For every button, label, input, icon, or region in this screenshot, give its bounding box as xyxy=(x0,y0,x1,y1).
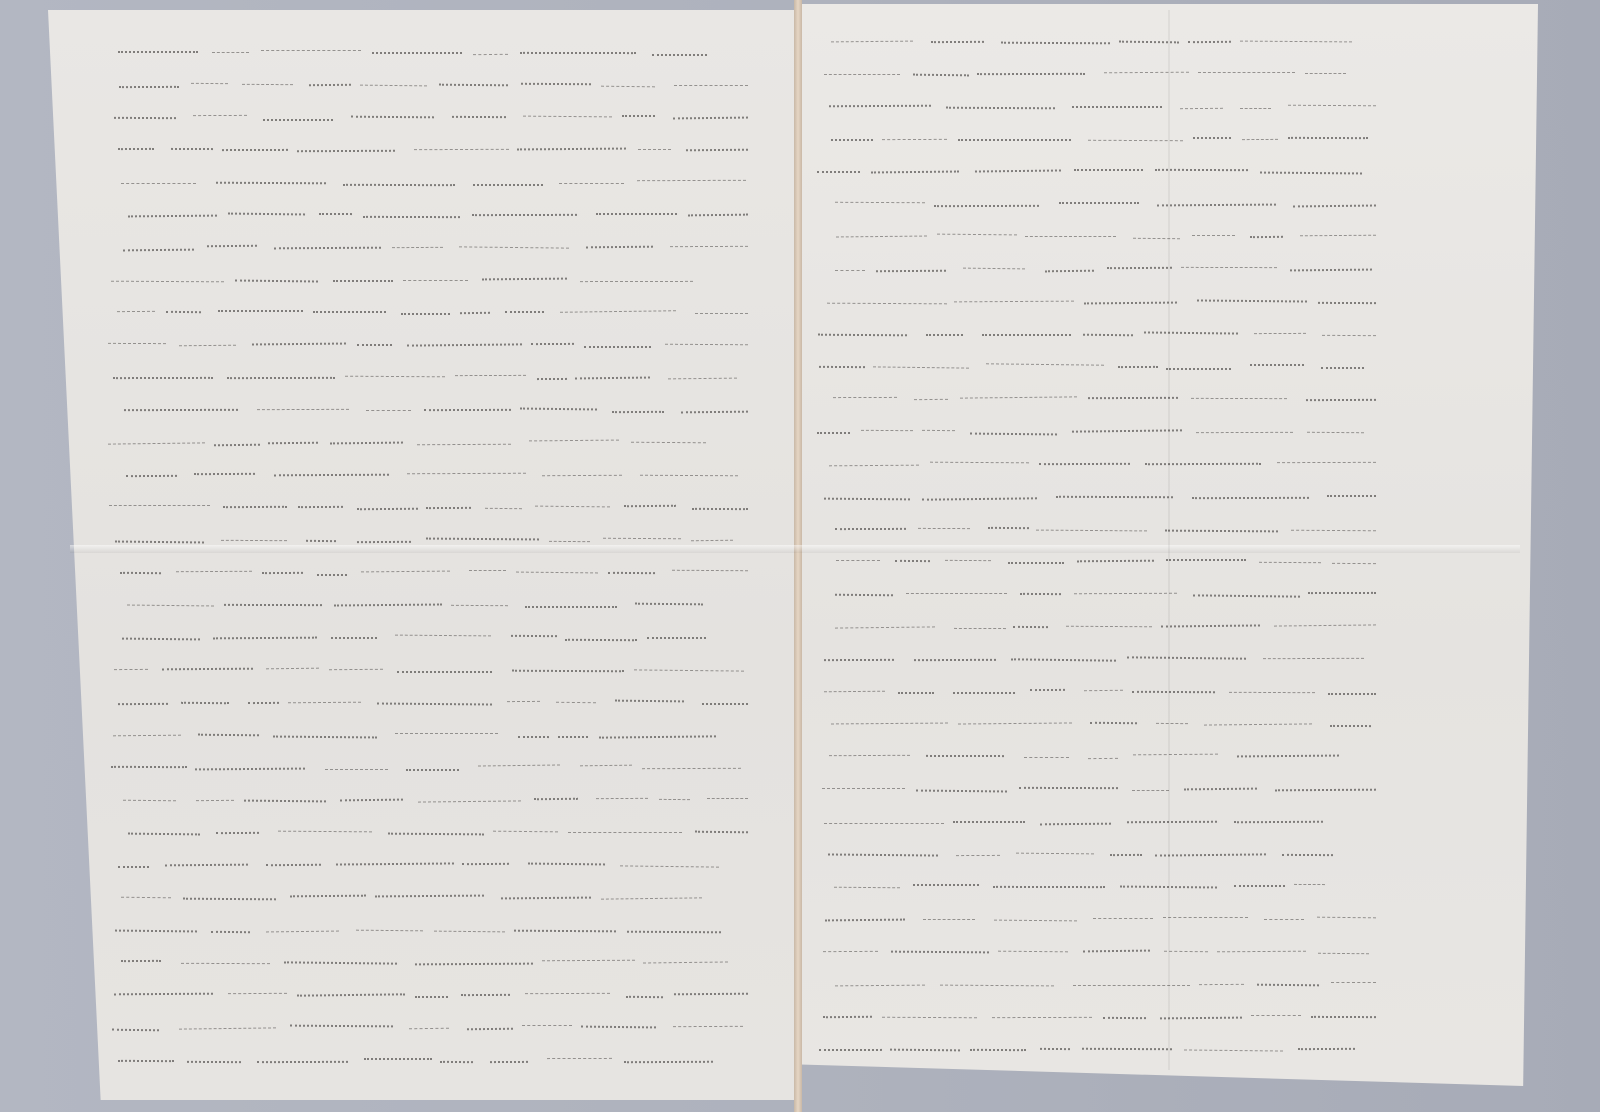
handwriting-word xyxy=(922,430,955,433)
handwriting-word xyxy=(207,245,257,249)
handwriting-word xyxy=(179,345,236,349)
handwriting-word xyxy=(108,343,166,346)
handwriting-word xyxy=(1192,496,1309,500)
handwriting-word xyxy=(1127,821,1217,825)
handwriting-word xyxy=(222,149,288,153)
handwriting-word xyxy=(601,897,702,901)
handwriting-word xyxy=(1234,885,1285,889)
handwriting-word xyxy=(626,996,664,1000)
handwriting-word xyxy=(363,216,460,220)
handwriting-word xyxy=(914,399,948,402)
handwriting-word xyxy=(1103,1017,1147,1021)
handwriting-word xyxy=(113,377,213,381)
handwriting-word xyxy=(958,723,1072,727)
handwriting-word xyxy=(366,410,411,413)
handwriting-word xyxy=(297,150,395,154)
handwriting-word xyxy=(361,570,450,574)
handwriting-word xyxy=(439,84,508,89)
handwriting-word xyxy=(123,800,177,804)
handwriting-word xyxy=(824,74,900,77)
handwriting-word xyxy=(945,559,991,562)
handwriting-word xyxy=(290,1025,393,1030)
handwriting-word xyxy=(406,769,459,773)
handwriting-word xyxy=(975,170,1061,175)
handwriting-word xyxy=(520,407,597,412)
handwriting-word xyxy=(252,343,346,348)
handwriting-word xyxy=(525,993,610,996)
handwriting-word xyxy=(357,507,418,512)
handwriting-word xyxy=(1039,463,1130,467)
handwriting-word xyxy=(306,540,337,544)
handwriting-word xyxy=(227,212,305,217)
handwriting-word xyxy=(954,300,1074,304)
handwriting-word xyxy=(1192,235,1235,238)
handwriting-word xyxy=(824,823,944,826)
handwriting-word xyxy=(263,119,333,123)
handwriting-word xyxy=(196,800,234,803)
handwriting-word xyxy=(1240,40,1352,44)
handwriting-word xyxy=(1013,626,1048,630)
handwriting-word xyxy=(1011,659,1116,664)
handwriting-word xyxy=(1164,951,1208,954)
handwriting-word xyxy=(340,799,403,804)
handwriting-word xyxy=(835,270,865,273)
handwriting-word xyxy=(982,334,1071,338)
handwriting-word xyxy=(829,755,910,758)
handwriting-word xyxy=(1327,495,1376,499)
handwriting-word xyxy=(890,1048,960,1053)
handwriting-word xyxy=(1166,559,1246,563)
handwriting-word xyxy=(1308,592,1376,596)
handwriting-word xyxy=(906,593,1007,596)
handwriting-word xyxy=(375,895,484,900)
handwriting-word xyxy=(608,571,655,575)
handwriting-word xyxy=(916,789,1007,794)
handwriting-word xyxy=(1083,949,1150,954)
handwriting-word xyxy=(518,736,549,740)
handwriting-word xyxy=(634,670,744,674)
handwriting-word xyxy=(1072,429,1182,434)
handwriting-word xyxy=(1229,692,1315,695)
handwriting-word xyxy=(1127,657,1246,662)
handwriting-word xyxy=(819,366,865,370)
handwriting-word xyxy=(1163,917,1248,920)
handwriting-word xyxy=(835,984,925,988)
handwriting-word xyxy=(627,930,721,935)
handwriting-word xyxy=(440,1061,473,1065)
handwriting-word xyxy=(114,669,148,672)
handwriting-word xyxy=(117,311,155,314)
handwriting-word xyxy=(568,832,682,835)
handwriting-word xyxy=(638,149,671,152)
handwriting-word xyxy=(455,375,526,378)
handwriting-word xyxy=(473,54,508,57)
handwriting-word xyxy=(414,148,509,151)
handwriting-word xyxy=(1293,205,1376,210)
handwriting-word xyxy=(685,149,748,154)
handwriting-word xyxy=(988,526,1029,530)
handwriting-word xyxy=(121,960,161,964)
handwriting-word xyxy=(1160,1016,1242,1021)
handwriting-word xyxy=(817,171,860,175)
handwriting-word xyxy=(926,334,963,338)
handwriting-word xyxy=(392,247,443,250)
handwriting-word xyxy=(898,692,934,696)
handwriting-word xyxy=(913,659,995,663)
handwriting-word xyxy=(560,310,676,315)
handwriting-word xyxy=(501,897,591,902)
handwriting-word xyxy=(1257,984,1319,989)
handwriting-word xyxy=(535,505,610,509)
handwriting-word xyxy=(351,115,434,120)
handwriting-word xyxy=(637,180,746,183)
handwriting-word xyxy=(963,267,1025,271)
handwriting-word xyxy=(529,440,619,444)
handwriting-word xyxy=(478,765,560,769)
handwriting-word xyxy=(620,865,719,869)
handwriting-word xyxy=(549,541,590,544)
handwriting-word xyxy=(333,280,393,284)
handwriting-word xyxy=(417,444,511,447)
handwriting-word xyxy=(409,1028,449,1032)
handwriting-word xyxy=(1264,918,1304,921)
handwriting-word xyxy=(659,798,690,801)
handwriting-word xyxy=(829,465,919,469)
handwriting-word xyxy=(640,475,738,478)
handwriting-word xyxy=(824,659,894,663)
handwriting-word xyxy=(1184,788,1257,793)
handwriting-word xyxy=(1107,267,1172,271)
handwriting-word xyxy=(601,86,655,90)
handwriting-word xyxy=(216,182,326,187)
handwriting-word xyxy=(1155,853,1266,858)
handwriting-word xyxy=(835,627,935,631)
handwriting-word xyxy=(418,800,521,804)
handwriting-word xyxy=(836,560,880,563)
handwriting-word xyxy=(1192,594,1299,599)
handwriting-word xyxy=(126,475,177,479)
handwriting-word xyxy=(1259,561,1321,564)
handwriting-word xyxy=(1104,71,1189,75)
handwriting-word xyxy=(171,147,213,151)
handwriting-word xyxy=(221,540,287,543)
handwriting-word xyxy=(114,993,213,998)
handwriting-word xyxy=(115,930,197,935)
handwriting-word xyxy=(288,702,361,706)
handwriting-word xyxy=(469,570,506,573)
handwriting-word xyxy=(603,538,681,541)
handwriting-word xyxy=(214,444,260,449)
handwriting-word xyxy=(827,302,947,306)
handwriting-word xyxy=(1277,462,1376,465)
handwriting-word xyxy=(1084,689,1123,692)
handwriting-word xyxy=(516,571,598,575)
handwriting-word xyxy=(954,627,1006,630)
handwriting-word xyxy=(674,85,748,88)
handwriting-word xyxy=(266,668,319,672)
handwriting-word xyxy=(829,105,931,110)
handwriting-word xyxy=(1318,952,1370,955)
handwriting-word xyxy=(692,508,748,512)
handwriting-word xyxy=(121,183,196,186)
handwriting-word xyxy=(631,442,706,446)
handwriting-word xyxy=(833,397,897,400)
handwriting-word xyxy=(274,247,381,252)
handwriting-word xyxy=(937,234,1017,238)
handwriting-word xyxy=(542,475,622,478)
handwriting-word xyxy=(1093,918,1153,921)
handwriting-word xyxy=(317,574,347,578)
handwriting-word xyxy=(681,411,748,416)
handwriting-word xyxy=(1217,951,1306,955)
handwriting-word xyxy=(823,951,878,954)
handwriting-word xyxy=(1072,106,1162,110)
handwriting-word xyxy=(467,1028,513,1033)
handwriting-word xyxy=(953,821,1025,825)
handwriting-word xyxy=(461,994,510,998)
handwriting-word xyxy=(1157,203,1276,208)
handwriting-word xyxy=(531,343,574,347)
handwriting-word xyxy=(298,506,343,510)
handwriting-word xyxy=(273,736,377,741)
handwriting-word xyxy=(278,831,372,835)
handwriting-word xyxy=(108,442,205,446)
handwriting-word xyxy=(958,139,1071,143)
handwriting-word xyxy=(977,73,1085,77)
handwriting-word xyxy=(522,1025,572,1028)
handwriting-word xyxy=(1197,299,1307,304)
handwriting-word xyxy=(652,54,707,58)
handwriting-word xyxy=(521,83,591,87)
handwriting-word xyxy=(1260,172,1362,177)
handwriting-word xyxy=(1019,787,1118,791)
handwriting-word xyxy=(575,377,650,382)
handwriting-word xyxy=(584,346,651,350)
handwriting-word xyxy=(179,1027,276,1031)
handwriting-word xyxy=(673,117,748,122)
handwriting-word xyxy=(1165,530,1278,535)
handwriting-word xyxy=(331,637,377,641)
handwriting-word xyxy=(1317,917,1376,921)
handwriting-word xyxy=(165,311,200,315)
handwriting-word xyxy=(1025,235,1116,238)
handwriting-word xyxy=(415,996,448,1000)
handwriting-word xyxy=(1287,105,1376,109)
handwriting-word xyxy=(472,214,577,218)
handwriting-word xyxy=(187,1061,241,1065)
handwriting-word xyxy=(1082,1048,1172,1052)
handwriting-word xyxy=(940,984,1054,988)
letter-page-left xyxy=(48,10,800,1100)
handwriting-word xyxy=(586,246,653,251)
handwriting-word xyxy=(913,74,969,79)
horizontal-fold-crease xyxy=(70,545,1520,553)
handwriting-word xyxy=(113,735,181,739)
handwriting-word xyxy=(547,1057,612,1060)
handwriting-word xyxy=(1074,593,1177,596)
handwriting-word xyxy=(460,312,490,316)
handwriting-word xyxy=(873,367,969,371)
handwriting-word xyxy=(183,897,276,902)
handwriting-word xyxy=(473,184,543,188)
handwriting-word xyxy=(1240,108,1271,111)
handwriting-word xyxy=(128,833,200,838)
handwriting-word xyxy=(1133,238,1180,241)
handwriting-word xyxy=(459,246,569,250)
handwriting-word xyxy=(372,52,462,56)
handwriting-word xyxy=(835,528,906,532)
handwriting-word xyxy=(520,52,636,56)
handwriting-word xyxy=(451,605,508,608)
handwriting-word xyxy=(1145,463,1261,467)
handwriting-word xyxy=(512,670,624,675)
handwriting-word xyxy=(211,930,250,934)
handwriting-word xyxy=(1322,335,1376,338)
handwriting-word xyxy=(493,831,558,835)
handwriting-word xyxy=(452,115,506,119)
handwriting-word xyxy=(228,993,287,996)
handwriting-word xyxy=(819,1049,882,1053)
handwriting-word xyxy=(1250,236,1283,240)
handwriting-word xyxy=(882,139,947,142)
handwriting-word xyxy=(1056,496,1173,500)
handwriting-word xyxy=(123,248,194,253)
handwriting-word xyxy=(1294,884,1325,887)
handwriting-word xyxy=(702,703,748,707)
handwriting-word xyxy=(1306,399,1376,403)
handwriting-word xyxy=(831,139,873,143)
handwriting-word xyxy=(1263,657,1364,660)
handwriting-word xyxy=(195,767,305,772)
handwriting-word xyxy=(223,506,287,510)
handwriting-word xyxy=(118,148,154,152)
handwriting-word xyxy=(227,377,335,381)
handwriting-word xyxy=(1321,367,1364,371)
handwriting-word xyxy=(565,639,637,643)
handwriting-word xyxy=(559,183,624,186)
handwriting-word xyxy=(817,432,850,436)
handwriting-word xyxy=(665,344,748,348)
handwriting-word xyxy=(1191,398,1287,401)
handwriting-word xyxy=(834,886,900,890)
handwriting-word xyxy=(213,637,317,642)
handwriting-word xyxy=(670,246,748,249)
handwriting-word xyxy=(257,1061,348,1065)
handwriting-word xyxy=(1242,139,1278,142)
handwriting-word xyxy=(596,213,677,217)
handwriting-word xyxy=(511,635,557,639)
handwriting-word xyxy=(309,84,351,88)
handwriting-word xyxy=(514,930,616,935)
handwriting-word xyxy=(1059,202,1139,206)
handwriting-word xyxy=(525,606,617,610)
handwriting-word xyxy=(946,107,1055,112)
handwriting-word xyxy=(986,364,1104,368)
handwriting-word xyxy=(319,213,352,217)
handwriting-word xyxy=(109,505,210,508)
handwriting-word xyxy=(994,920,1077,924)
handwriting-word xyxy=(882,1017,977,1021)
handwriting-word xyxy=(274,473,390,478)
handwriting-word xyxy=(1040,822,1111,827)
handwriting-word xyxy=(861,430,913,433)
handwriting-word xyxy=(668,378,737,382)
handwriting-word xyxy=(1073,985,1190,988)
handwriting-word xyxy=(615,700,684,705)
handwriting-word xyxy=(268,442,318,447)
handwriting-word xyxy=(162,668,253,673)
handwriting-word xyxy=(1088,397,1178,401)
handwriting-word xyxy=(401,313,450,317)
handwriting-word xyxy=(1307,431,1364,434)
handwriting-word xyxy=(482,277,567,282)
handwriting-word xyxy=(824,497,910,502)
handwriting-word xyxy=(1045,269,1094,274)
handwriting-word xyxy=(290,895,366,900)
handwriting-word xyxy=(1144,331,1238,336)
handwriting-word xyxy=(415,962,533,967)
handwriting-word xyxy=(1036,529,1147,533)
handwriting-word xyxy=(334,603,442,608)
handwriting-word xyxy=(522,116,611,120)
handwriting-word xyxy=(1090,722,1137,726)
handwriting-word xyxy=(635,603,703,608)
handwriting-word xyxy=(356,929,423,933)
handwriting-word xyxy=(388,833,484,838)
handwriting-word xyxy=(194,473,255,477)
handwriting-word xyxy=(198,733,259,738)
handwriting-word xyxy=(1237,755,1339,760)
handwriting-word xyxy=(960,396,1077,400)
handwriting-word xyxy=(1204,723,1312,727)
handwriting-word xyxy=(993,885,1105,889)
handwriting-word xyxy=(828,854,938,859)
handwriting-word xyxy=(707,798,748,801)
handwriting-word xyxy=(424,409,511,413)
handwriting-word xyxy=(835,202,925,205)
handwriting-word xyxy=(1328,693,1376,697)
handwriting-word xyxy=(612,411,664,415)
handwriting-word xyxy=(1040,1048,1070,1052)
handwriting-word xyxy=(112,1028,159,1033)
handwriting-word xyxy=(118,51,198,55)
handwriting-word xyxy=(1311,1016,1376,1020)
handwriting-word xyxy=(284,962,397,967)
handwriting-word xyxy=(923,919,975,922)
handwriting-word xyxy=(1305,73,1346,76)
handwriting-word xyxy=(831,722,948,726)
handwriting-word xyxy=(674,992,748,997)
handwriting-word xyxy=(1274,624,1376,628)
handwriting-word xyxy=(395,733,498,736)
handwriting-word xyxy=(1318,302,1376,306)
handwriting-word xyxy=(218,310,303,314)
handwriting-word xyxy=(556,702,597,705)
handwriting-word xyxy=(377,702,492,707)
handwriting-word xyxy=(395,635,491,639)
handwriting-word xyxy=(266,930,339,934)
handwriting-word xyxy=(242,84,293,87)
page-fold-spine xyxy=(794,0,802,1112)
handwriting-word xyxy=(1166,368,1231,372)
handwriting-word xyxy=(876,270,946,274)
handwriting-word xyxy=(1083,334,1133,339)
handwriting-word xyxy=(426,538,539,543)
handwriting-word xyxy=(970,1049,1026,1053)
handwriting-word xyxy=(1084,302,1177,307)
handwriting-word xyxy=(114,116,176,120)
handwriting-word xyxy=(119,85,179,89)
